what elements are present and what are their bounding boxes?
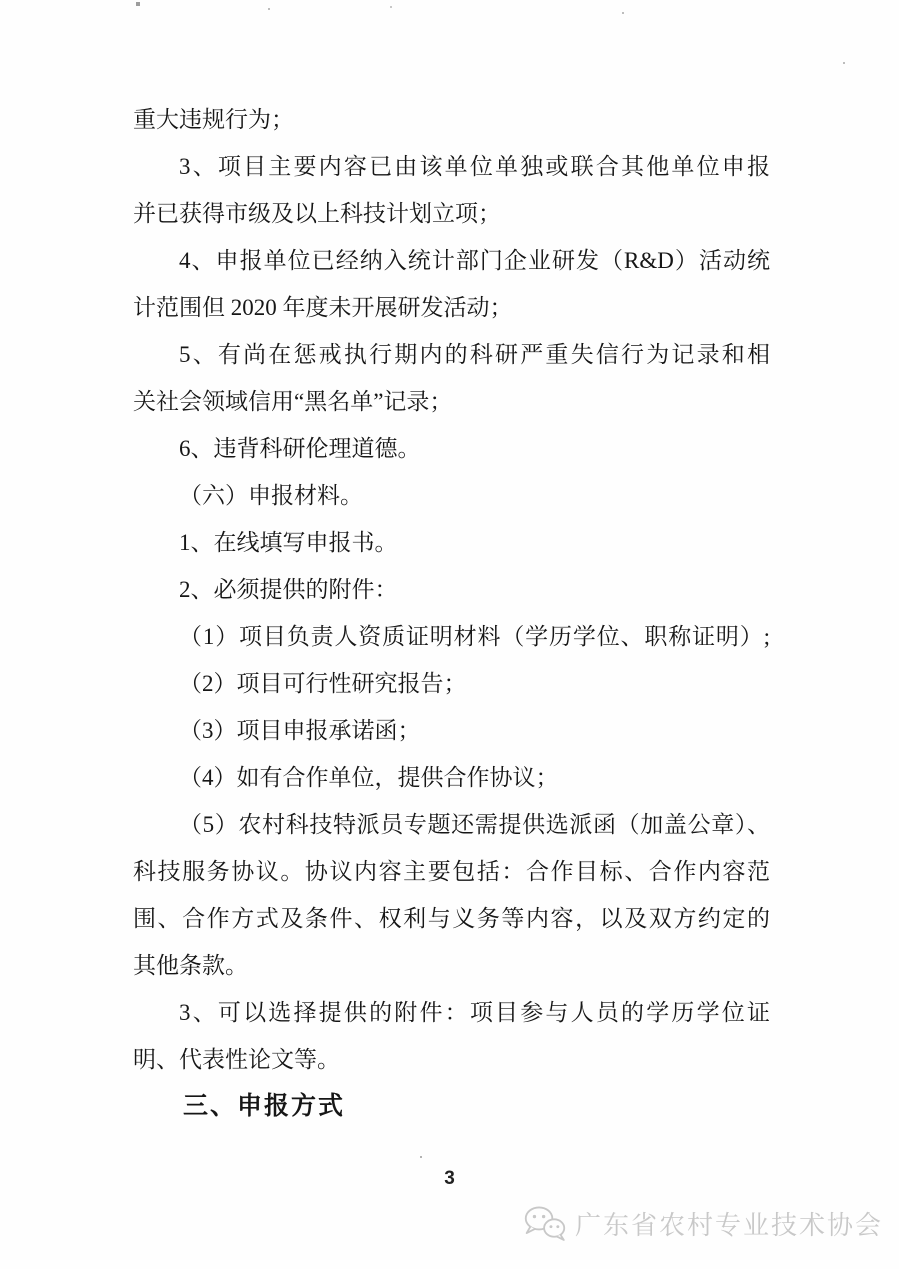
watermark: 广东省农村专业技术协会 [523, 1204, 883, 1242]
text-line: 6、违背科研伦理道德。 [133, 425, 770, 472]
text-line: （5）农村科技特派员专题还需提供选派函（加盖公章）、 [133, 801, 770, 848]
text-line: （2）项目可行性研究报告； [133, 660, 770, 707]
page-number: 3 [0, 1168, 899, 1190]
wechat-icon [523, 1204, 567, 1242]
text-line: 5、有尚在惩戒执行期内的科研严重失信行为记录和相 [133, 331, 770, 378]
scan-noise [0, 0, 2, 2]
text-line: 计范围但 2020 年度未开展研发活动； [133, 284, 770, 331]
section-heading: 三、申报方式 [133, 1083, 770, 1130]
text-line: （3）项目申报承诺函； [133, 707, 770, 754]
document-page: 重大违规行为； 3、项目主要内容已由该单位单独或联合其他单位申报 并已获得市级及… [0, 0, 899, 1269]
text-line: 2、必须提供的附件： [133, 566, 770, 613]
text-line: 关社会领域信用“黑名单”记录； [133, 378, 770, 425]
text-line: （六）申报材料。 [133, 472, 770, 519]
text-line: 科技服务协议。协议内容主要包括：合作目标、合作内容范 [133, 848, 770, 895]
text-line: 并已获得市级及以上科技计划立项； [133, 190, 770, 237]
text-line: 1、在线填写申报书。 [133, 519, 770, 566]
text-line: 4、申报单位已经纳入统计部门企业研发（R&D）活动统 [133, 237, 770, 284]
text-line: 重大违规行为； [133, 96, 770, 143]
text-line: 围、合作方式及条件、权利与义务等内容，以及双方约定的 [133, 895, 770, 942]
watermark-text: 广东省农村专业技术协会 [575, 1205, 883, 1242]
text-line: 3、可以选择提供的附件：项目参与人员的学历学位证 [133, 989, 770, 1036]
text-line: （1）项目负责人资质证明材料（学历学位、职称证明）; [133, 613, 770, 660]
text-line: 3、项目主要内容已由该单位单独或联合其他单位申报 [133, 143, 770, 190]
text-line: （4）如有合作单位，提供合作协议； [133, 754, 770, 801]
document-body: 重大违规行为； 3、项目主要内容已由该单位单独或联合其他单位申报 并已获得市级及… [133, 96, 770, 1130]
text-line: 其他条款。 [133, 942, 770, 989]
text-line: 明、代表性论文等。 [133, 1036, 770, 1083]
